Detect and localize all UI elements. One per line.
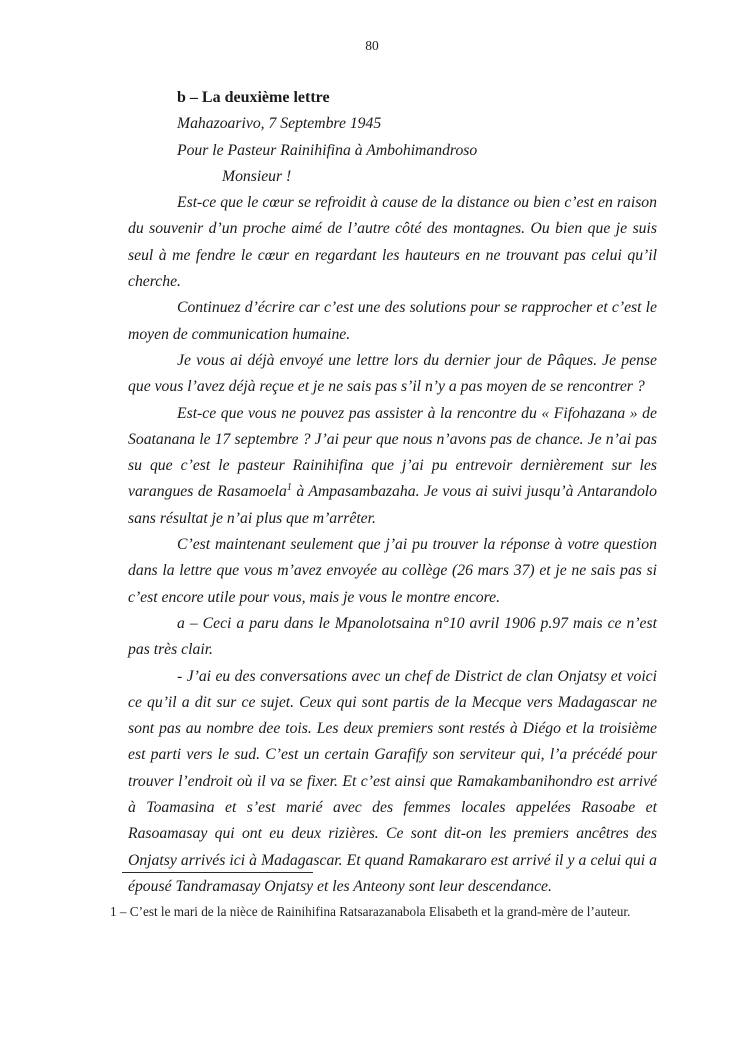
letter-paragraph: Est-ce que vous ne pouvez pas assister à…: [128, 401, 657, 532]
page-number: 80: [0, 38, 744, 54]
letter-dateline: Mahazoarivo, 7 Septembre 1945: [177, 111, 657, 137]
letter-paragraph: Est-ce que le cœur se refroidit à cause …: [128, 190, 657, 295]
letter-salutation: Monsieur !: [222, 164, 657, 190]
letter-body: b – La deuxième lettre Mahazoarivo, 7 Se…: [128, 85, 657, 900]
letter-paragraph: Continuez d’écrire car c’est une des sol…: [128, 295, 657, 348]
footnote-separator-rule: [122, 872, 313, 873]
letter-recipient-line: Pour le Pasteur Rainihifina à Ambohimand…: [177, 138, 657, 164]
footnote-text: 1 – C’est le mari de la nièce de Rainihi…: [110, 903, 670, 921]
letter-paragraph: a – Ceci a paru dans le Mpanolotsaina n°…: [128, 611, 657, 664]
letter-paragraph: C’est maintenant seulement que j’ai pu t…: [128, 532, 657, 611]
document-page: 80 b – La deuxième lettre Mahazoarivo, 7…: [0, 0, 744, 1053]
letter-paragraph: - J’ai eu des conversations avec un chef…: [128, 664, 657, 901]
letter-paragraph: Je vous ai déjà envoyé une lettre lors d…: [128, 348, 657, 401]
section-heading: b – La deuxième lettre: [177, 85, 657, 111]
